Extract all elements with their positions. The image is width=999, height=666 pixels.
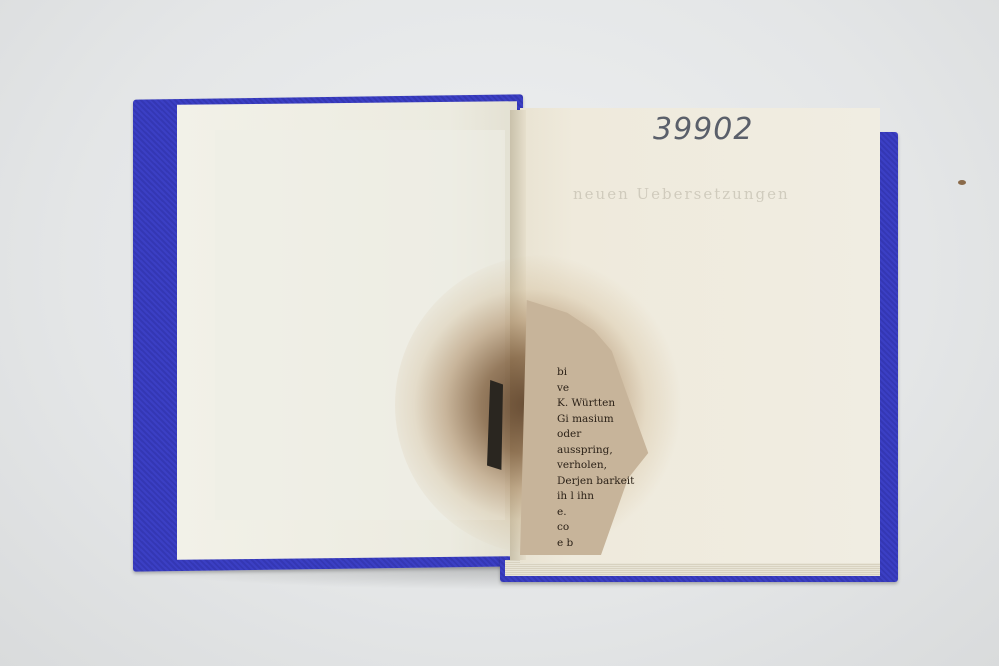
text-line: bi <box>557 365 634 381</box>
text-line: e b <box>557 536 634 552</box>
table-stain <box>958 180 966 185</box>
text-line: Gi masium <box>557 412 634 428</box>
handwritten-catalog-number: 39902 <box>653 112 753 147</box>
text-line: ve <box>557 381 634 397</box>
text-line: ausspring, <box>557 443 634 459</box>
text-line: ih l ihn <box>557 489 634 505</box>
title-page-faint-text: neuen Uebersetzungen <box>573 185 790 203</box>
text-line: e. <box>557 505 634 521</box>
text-line: oder <box>557 427 634 443</box>
text-line: Derjen barkeit <box>557 474 634 490</box>
exposed-page-text: bi ve K. Württen Gi masium oder aussprin… <box>557 365 634 551</box>
text-line: K. Württen <box>557 396 634 412</box>
text-line: verholen, <box>557 458 634 474</box>
text-line: co <box>557 520 634 536</box>
